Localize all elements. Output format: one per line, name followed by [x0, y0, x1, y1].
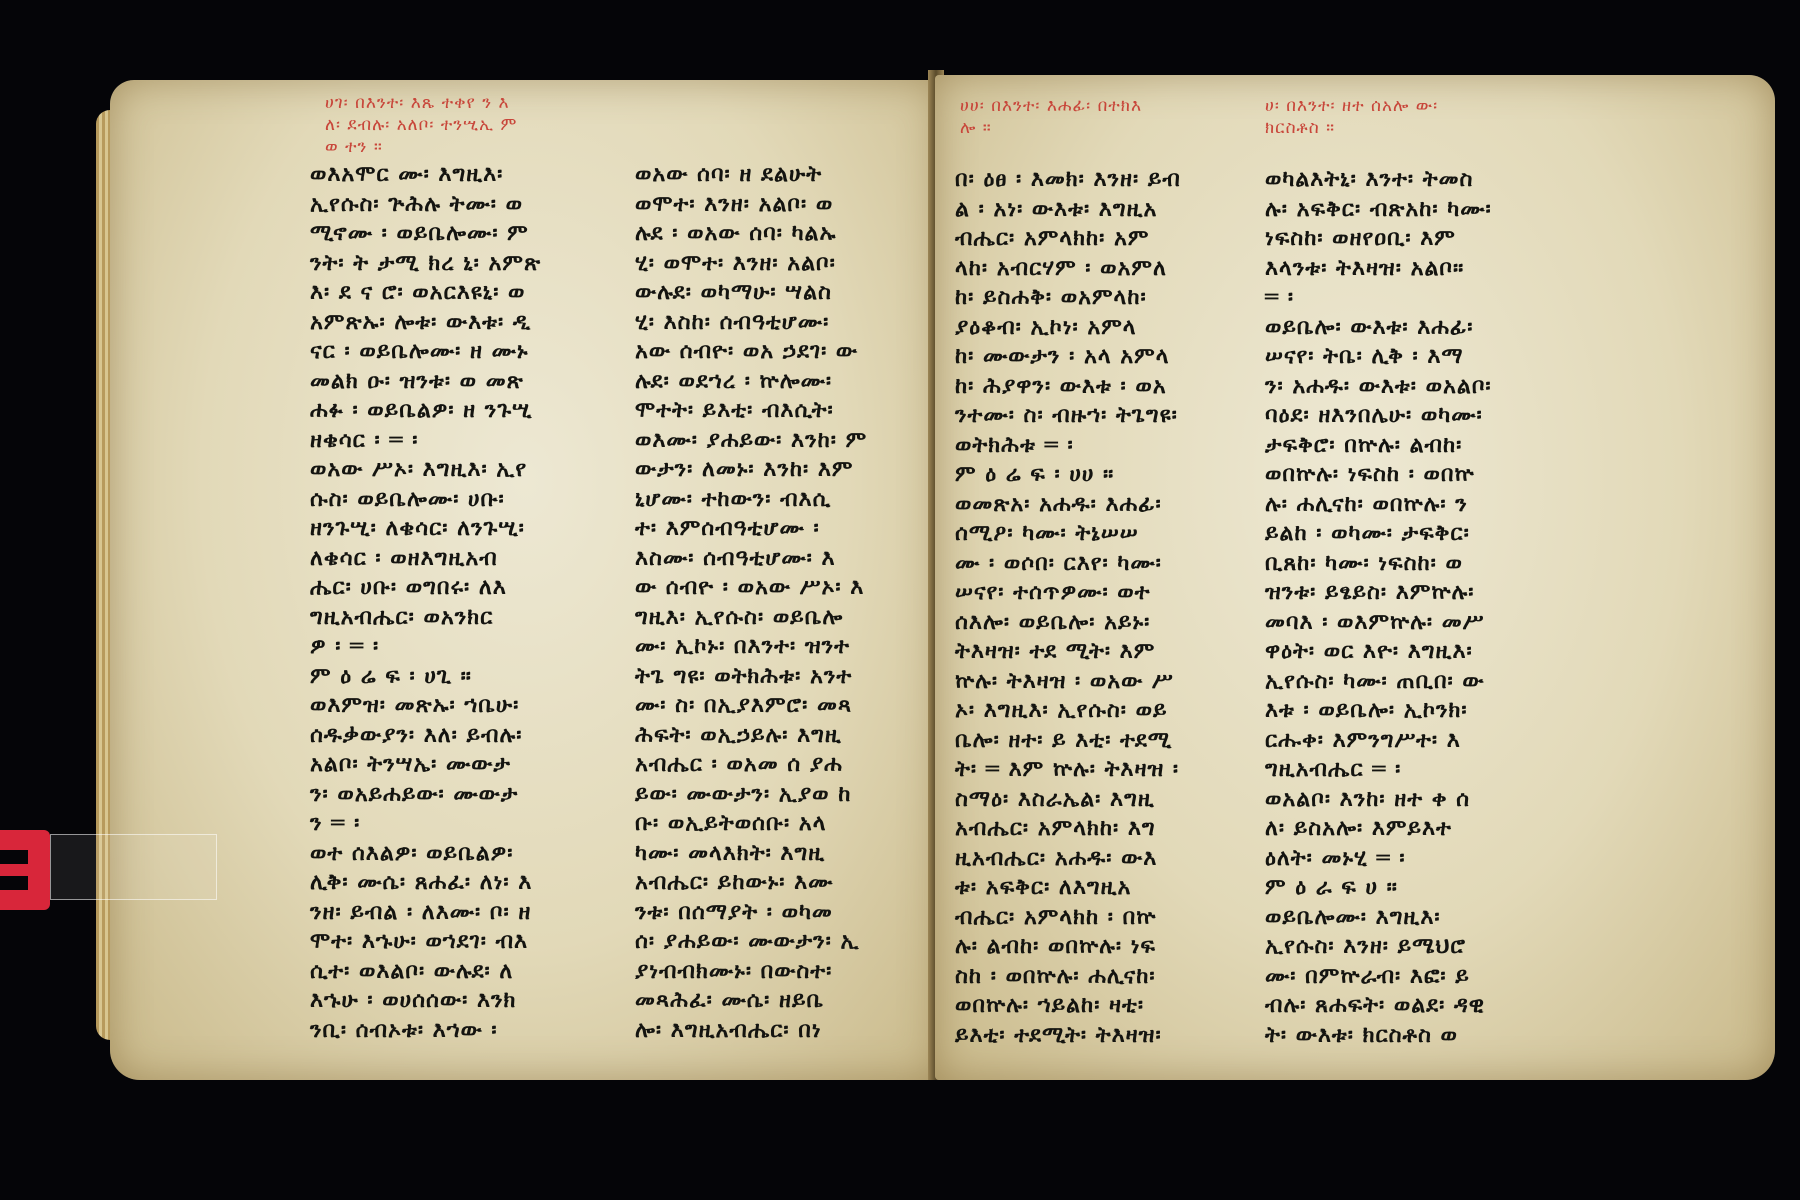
text-line: ሙ፡ በምኵራብ፡ እፎ፡ ይ — [1265, 962, 1492, 992]
text-line: ሎ፡ እግዚአብሔር፡ በነ — [635, 1016, 867, 1046]
text-line: ን ═ ፡ — [310, 809, 541, 839]
right-header-rubric-1: ሀሀ፡ በእንተ፡ እሐፊ፡ በተክእሎ ። — [960, 95, 1142, 139]
text-line: ባዕደ፡ ዘእንበሌሁ፡ ወካሙ፡ — [1265, 401, 1492, 431]
text-line: ት፡ ውእቱ፡ ክርስቶስ ወ — [1265, 1021, 1492, 1051]
text-line: ናር ፡ ወይቤሎሙ፡ ዘ ሙኑ — [310, 337, 541, 367]
text-line: ሕፍት፡ ወኢኃይሉ፡ እግዚ — [635, 721, 867, 751]
text-line: ብሔር፡ አምላክከ ፡ በኵ — [955, 903, 1181, 933]
text-line: ርሑቀ፡ እምንግሥተ፡ እ — [1265, 726, 1492, 756]
text-line: ሰ፡ ያሐይው፡ ሙውታን፡ ኢ — [635, 927, 867, 957]
text-line: እቱ ፡ ወይቤሎ፡ ኢኮንክ፡ — [1265, 696, 1492, 726]
left-column-2: ወአው ሰባ፡ ዘ ደልሁትወሞተ፡ እንዘ፡ አልቦ፡ ወሉደ ፡ ወአው ሰ… — [635, 160, 867, 1045]
text-line: ኢየሱስ፡ እንዘ፡ ይሜህሮ — [1265, 932, 1492, 962]
text-line: ሀ፡ በእንተ፡ ዘተ ሰአሎ ው፡ — [1265, 95, 1438, 117]
text-line: ወመጽአ፡ አሐዱ፡ እሐፊ፡ — [955, 490, 1181, 520]
text-line: ሉ፡ አፍቅር፡ ብጽአከ፡ ካሙ፡ — [1265, 195, 1492, 225]
text-line: ብሉ፡ ጸሐፍት፡ ወልደ፡ ዳዊ — [1265, 991, 1492, 1021]
text-line: ለ፡ ይስአሎ፡ እምይእተ — [1265, 814, 1492, 844]
text-line: ወካልእትኒ፡ እንተ፡ ትመስ — [1265, 165, 1492, 195]
text-line: ዚአብሔር፡ አሐዱ፡ ውእ — [955, 844, 1181, 874]
text-line: ወይቤሎ፡ ውእቱ፡ እሐፊ፡ — [1265, 313, 1492, 343]
text-line: ግዚአብሔር፡ ወአንክር — [310, 603, 541, 633]
text-line: ንቱ፡ በሰማያት ፡ ወካመ — [635, 898, 867, 928]
text-line: ም ዕ ሬ ፍ ፡ ሀሀ ። — [955, 460, 1181, 490]
text-line: ሙ ፡ ወሶበ፡ ርእየ፡ ካሙ፡ — [955, 549, 1181, 579]
text-line: ወይቤሎሙ፡ እግዚእ፡ — [1265, 903, 1492, 933]
text-line: ተ፡ እምሰብዓቲሆሙ ፡ — [635, 514, 867, 544]
text-line: ሂ፡ እስከ፡ ሰብዓቲሆሙ፡ — [635, 308, 867, 338]
text-line: መጻሕፈ፡ ሙሴ፡ ዘይቤ — [635, 986, 867, 1016]
text-line: እላንቱ፡ ትእዛዝ፡ አልቦ። — [1265, 254, 1492, 284]
text-line: ሰዱቃውያን፡ እለ፡ ይብሉ፡ — [310, 721, 541, 751]
right-column-1: በ፡ ዕፀ ፡ እመክ፡ እንዘ፡ ይብል ፡ አነ፡ ውእቱ፡ እግዚአብሔር… — [955, 165, 1181, 1050]
text-line: ግዚእ፡ ኢየሱስ፡ ወይቤሎ — [635, 603, 867, 633]
text-line: ት፡ ═ እም ኵሉ፡ ትእዛዝ ፡ — [955, 755, 1181, 785]
text-line: ው ሰብዮ ፡ ወአው ሥኦ፡ እ — [635, 573, 867, 603]
text-line: ሉደ፡ ወደኀረ ፡ ኵሎሙ፡ — [635, 367, 867, 397]
text-line: ከ፡ ሙውታን ፡ አላ አምላ — [955, 342, 1181, 372]
text-line: ካሙ፡ መላእክት፡ እግዚ — [635, 839, 867, 869]
text-line: ኵሉ፡ ትእዛዝ ፡ ወአው ሥ — [955, 667, 1181, 697]
text-line: ሚኖሙ ፡ ወይቤሎሙ፡ ም — [310, 219, 541, 249]
text-line: ሐፉ ፡ ወይቤልዎ፡ ዘ ንጉሢ — [310, 396, 541, 426]
left-page: ሀገ፡ በእንተ፡ እጼ ተቀየ ን እለ፡ ደብሉ፡ አለቦ፡ ተንሢኢ ምወ… — [110, 80, 940, 1080]
text-line: ሠናየ፡ ተሰጥዎሙ፡ ወተ — [955, 578, 1181, 608]
text-line: ወተ ሰእልዎ፡ ወይቤልዎ፡ — [310, 839, 541, 869]
text-line: ስከ ፡ ወበኵሉ፡ ሐሊናከ፡ — [955, 962, 1181, 992]
transparent-film-strip — [50, 834, 217, 900]
text-line: በ፡ ዕፀ ፡ እመክ፡ እንዘ፡ ይብ — [955, 165, 1181, 195]
text-line: ቢጸከ፡ ካሙ፡ ነፍስከ፡ ወ — [1265, 549, 1492, 579]
text-line: ታፍቅሮ፡ በኵሉ፡ ልብከ፡ — [1265, 431, 1492, 461]
text-line: ሀሀ፡ በእንተ፡ እሐፊ፡ በተክእ — [960, 95, 1142, 117]
text-line: ዋዕት፡ ወር እዮ፡ እግዚእ፡ — [1265, 637, 1492, 667]
text-line: ንተሙ፡ ስ፡ ብዙኀ፡ ትጌግዩ፡ — [955, 401, 1181, 431]
left-header-rubric: ሀገ፡ በእንተ፡ እጼ ተቀየ ን እለ፡ ደብሉ፡ አለቦ፡ ተንሢኢ ምወ… — [325, 92, 517, 158]
text-line: ነፍስከ፡ ወዘየዐቢ፡ እም — [1265, 224, 1492, 254]
text-line: ወእአሞር ሙ፡ እግዚእ፡ — [310, 160, 541, 190]
text-line: ኦ፡ እግዚእ፡ ኢየሱስ፡ ወይ — [955, 696, 1181, 726]
text-line: አልቦ፡ ትንሣኤ፡ ሙውታ — [310, 750, 541, 780]
text-line: ወበኵሉ፡ ኀይልከ፡ ዛቲ፡ — [955, 991, 1181, 1021]
text-line: ዎ ፡ ═ ፡ — [310, 632, 541, 662]
text-line: ቱ፡ አፍቅር፡ ለእግዚአ — [955, 873, 1181, 903]
text-line: ንዘ፡ ይብል ፡ ለእሙ፡ ቦ፡ ዘ — [310, 898, 541, 928]
text-line: ንት፡ ት ታሚ ክረ ኒ፡ አምጽ — [310, 249, 541, 279]
text-line: ከ፡ ይስሐቅ፡ ወአምላከ፡ — [955, 283, 1181, 313]
text-line: እኁሁ ፡ ወሀሰሰው፡ እንክ — [310, 986, 541, 1016]
text-line: ይው፡ ሙውታን፡ ኢያወ ከ — [635, 780, 867, 810]
clip-slot — [0, 876, 28, 890]
text-line: ሎ ። — [960, 117, 1142, 139]
text-line: ውታን፡ ለመኑ፡ እንከ፡ እም — [635, 455, 867, 485]
text-line: ሙ፡ ኢኮኑ፡ በእንተ፡ ዝንተ — [635, 632, 867, 662]
text-line: ያነብብክሙኑ፡ በውስተ፡ — [635, 957, 867, 987]
right-column-2: ወካልእትኒ፡ እንተ፡ ትመስሉ፡ አፍቅር፡ ብጽአከ፡ ካሙ፡ነፍስከ፡ … — [1265, 165, 1492, 1050]
text-line: ወአልቦ፡ እንከ፡ ዘተ ቀ ሰ — [1265, 785, 1492, 815]
text-line: ኒሆሙ፡ ተከውን፡ ብእሲ — [635, 485, 867, 515]
text-line: ሔር፡ ሀቡ፡ ወግበሩ፡ ለእ — [310, 573, 541, 603]
text-line: ሰእሎ፡ ወይቤሎ፡ አይኑ፡ — [955, 608, 1181, 638]
open-manuscript: ሀገ፡ በእንተ፡ እጼ ተቀየ ን እለ፡ ደብሉ፡ አለቦ፡ ተንሢኢ ምወ… — [110, 70, 1770, 1120]
text-line: ወበኵሉ፡ ነፍስከ ፡ ወበኵ — [1265, 460, 1492, 490]
text-line: አብሔር፡ ይከውኑ፡ እሙ — [635, 868, 867, 898]
text-line: ═ ፡ — [1265, 283, 1492, 313]
text-line: ሙ፡ ስ፡ በኢያእምሮ፡ መጻ — [635, 691, 867, 721]
right-header-rubric-2: ሀ፡ በእንተ፡ ዘተ ሰአሎ ው፡ክርስቶስ ። — [1265, 95, 1438, 139]
text-line: ም ዕ ራ ፍ ሀ ። — [1265, 873, 1492, 903]
text-line: ለ፡ ደብሉ፡ አለቦ፡ ተንሢኢ ም — [325, 114, 517, 136]
text-line: ይልከ ፡ ወካሙ፡ ታፍቅር፡ — [1265, 519, 1492, 549]
text-line: ቤሎ፡ ዘተ፡ ይ እቲ፡ ተደሚ — [955, 726, 1181, 756]
text-line: ዘቄሳር ፡ ═ ፡ — [310, 426, 541, 456]
text-line: ኢየሱስ፡ ጕሕሉ ትሙ፡ ወ — [310, 190, 541, 220]
text-line: ወእምዝ፡ መጽኡ፡ ኀቤሁ፡ — [310, 691, 541, 721]
text-line: ወአው ሰባ፡ ዘ ደልሁት — [635, 160, 867, 190]
text-line: ያዕቆብ፡ ኢኮነ፡ አምላ — [955, 313, 1181, 343]
text-line: እ፡ ደ ና ሮ፡ ወአርእዩኒ፡ ወ — [310, 278, 541, 308]
text-line: ግዚአብሔር ═ ፡ — [1265, 755, 1492, 785]
text-line: ለቄሳር ፡ ወዘእግዚአብ — [310, 544, 541, 574]
red-clip — [0, 830, 50, 910]
text-line: ል ፡ አነ፡ ውእቱ፡ እግዚአ — [955, 195, 1181, 225]
text-line: ሰሚዖ፡ ካሙ፡ ትኔሠሠ — [955, 519, 1181, 549]
text-line: ላከ፡ አብርሃም ፡ ወአምለ — [955, 254, 1181, 284]
text-line: ሉ፡ ሐሊናከ፡ ወበኵሉ፡ ን — [1265, 490, 1492, 520]
text-line: አብሔር ፡ ወአመ ሰ ያሐ — [635, 750, 867, 780]
text-line: ዘንጉሢ፡ ለቄሳር፡ ለንጉሢ፡ — [310, 514, 541, 544]
text-line: ወአው ሥኦ፡ እግዚእ፡ ኢየ — [310, 455, 541, 485]
text-line: ሲተ፡ ወእልቦ፡ ውሉደ፡ ለ — [310, 957, 541, 987]
text-line: ሀገ፡ በእንተ፡ እጼ ተቀየ ን እ — [325, 92, 517, 114]
left-column-1: ወእአሞር ሙ፡ እግዚእ፡ኢየሱስ፡ ጕሕሉ ትሙ፡ ወሚኖሙ ፡ ወይቤሎሙ… — [310, 160, 541, 1045]
text-line: ንቢ፡ ሰብኦቱ፡ እኀው ፡ — [310, 1016, 541, 1046]
text-line: ኢየሱስ፡ ካሙ፡ ጠቢበ፡ ው — [1265, 667, 1492, 697]
text-line: ሠናየ፡ ትቤ፡ ሊቅ ፡ እማ — [1265, 342, 1492, 372]
text-line: አብሔር፡ አምላክከ፡ እግ — [955, 814, 1181, 844]
clip-slot — [0, 850, 28, 864]
text-line: ዝንቱ፡ ይፄይስ፡ እምኵሉ፡ — [1265, 578, 1492, 608]
right-page: ሀሀ፡ በእንተ፡ እሐፊ፡ በተክእሎ ። ሀ፡ በእንተ፡ ዘተ ሰአሎ ው… — [935, 75, 1775, 1080]
text-line: ሞተ፡ እኁሁ፡ ወኀደገ፡ ብእ — [310, 927, 541, 957]
text-line: ሊቅ፡ ሙሴ፡ ጸሐፈ፡ ለነ፡ እ — [310, 868, 541, 898]
text-line: ሉ፡ ልብከ፡ ወበኵሉ፡ ነፍ — [955, 932, 1181, 962]
text-line: ብሔር፡ አምላክከ፡ አም — [955, 224, 1181, 254]
text-line: ወትክሕቱ ═ ፡ — [955, 431, 1181, 461]
text-line: ሉደ ፡ ወአው ሰባ፡ ካልኡ — [635, 219, 867, 249]
text-line: ም ዕ ሬ ፍ ፡ ሀጊ ። — [310, 662, 541, 692]
text-line: ሱስ፡ ወይቤሎሙ፡ ሀቡ፡ — [310, 485, 541, 515]
text-line: ትእዛዝ፡ ተደ ሚት፡ እም — [955, 637, 1181, 667]
text-line: ከ፡ ሕያዋን፡ ውእቱ ፡ ወአ — [955, 372, 1181, 402]
text-line: ቡ፡ ወኢይትወሰቡ፡ አላ — [635, 809, 867, 839]
text-line: ን፡ ወአይሐይው፡ ሙውታ — [310, 780, 541, 810]
text-line: መባእ ፡ ወእምኵሉ፡ መሥ — [1265, 608, 1492, 638]
text-line: አው ሰብዮ፡ ወአ ኃደገ፡ ው — [635, 337, 867, 367]
text-line: አምጽኡ፡ ሎቱ፡ ውእቱ፡ ዲ — [310, 308, 541, 338]
text-line: እስሙ፡ ሰብዓቲሆሙ፡ እ — [635, 544, 867, 574]
text-line: ሞተት፡ ይእቲ፡ ብእሲት፡ — [635, 396, 867, 426]
text-line: ወ ተን ። — [325, 136, 517, 158]
text-line: ይእቲ፡ ተደሚት፡ ትእዛዝ፡ — [955, 1021, 1181, 1051]
text-line: ወእሙ፡ ያሐይው፡ እንከ፡ ም — [635, 426, 867, 456]
text-line: ሂ፡ ወሞተ፡ እንዘ፡ አልቦ፡ — [635, 249, 867, 279]
text-line: ን፡ አሐዱ፡ ውእቱ፡ ወአልቦ፡ — [1265, 372, 1492, 402]
text-line: ስማዕ፡ እስራኤል፡ እግዚ — [955, 785, 1181, 815]
text-line: ትጌ ግዩ፡ ወትክሕቱ፡ አንተ — [635, 662, 867, 692]
text-line: ውሉደ፡ ወካማሁ፡ ሣልስ — [635, 278, 867, 308]
text-line: ክርስቶስ ። — [1265, 117, 1438, 139]
text-line: መልክ ዑ፡ ዝንቱ፡ ወ መጽ — [310, 367, 541, 397]
text-line: ወሞተ፡ እንዘ፡ አልቦ፡ ወ — [635, 190, 867, 220]
text-line: ዕለት፡ መኑሂ ═ ፡ — [1265, 844, 1492, 874]
